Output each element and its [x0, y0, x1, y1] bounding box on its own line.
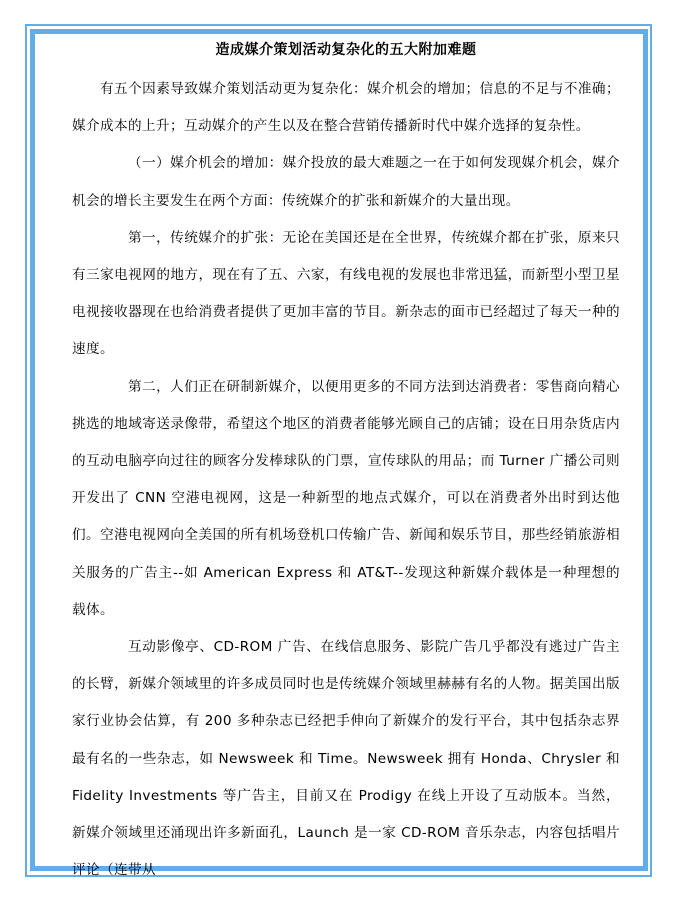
paragraph-traditional-media: 第一，传统媒介的扩张：无论在美国还是在全世界，传统媒介都在扩张，原来只有三家电视…: [72, 220, 620, 369]
document-title: 造成媒介策划活动复杂化的五大附加难题: [72, 32, 620, 69]
paragraph-section-1: （一）媒介机会的增加：媒介投放的最大难题之一在于如何发现媒介机会，媒介机会的增长…: [72, 145, 620, 219]
paragraph-new-media: 第二，人们正在研制新媒介，以便用更多的不同方法到达消费者：零售商向精心挑选的地域…: [72, 369, 620, 629]
paragraph-interactive-media: 互动影像亭、CD-ROM 广告、在线信息服务、影院广告几乎都没有逃过广告主的长臂…: [72, 629, 620, 889]
paragraph-intro: 有五个因素导致媒介策划活动更为复杂化：媒介机会的增加；信息的不足与不准确；媒介成…: [72, 71, 620, 145]
document-page: 造成媒介策划活动复杂化的五大附加难题 有五个因素导致媒介策划活动更为复杂化：媒介…: [72, 32, 620, 889]
